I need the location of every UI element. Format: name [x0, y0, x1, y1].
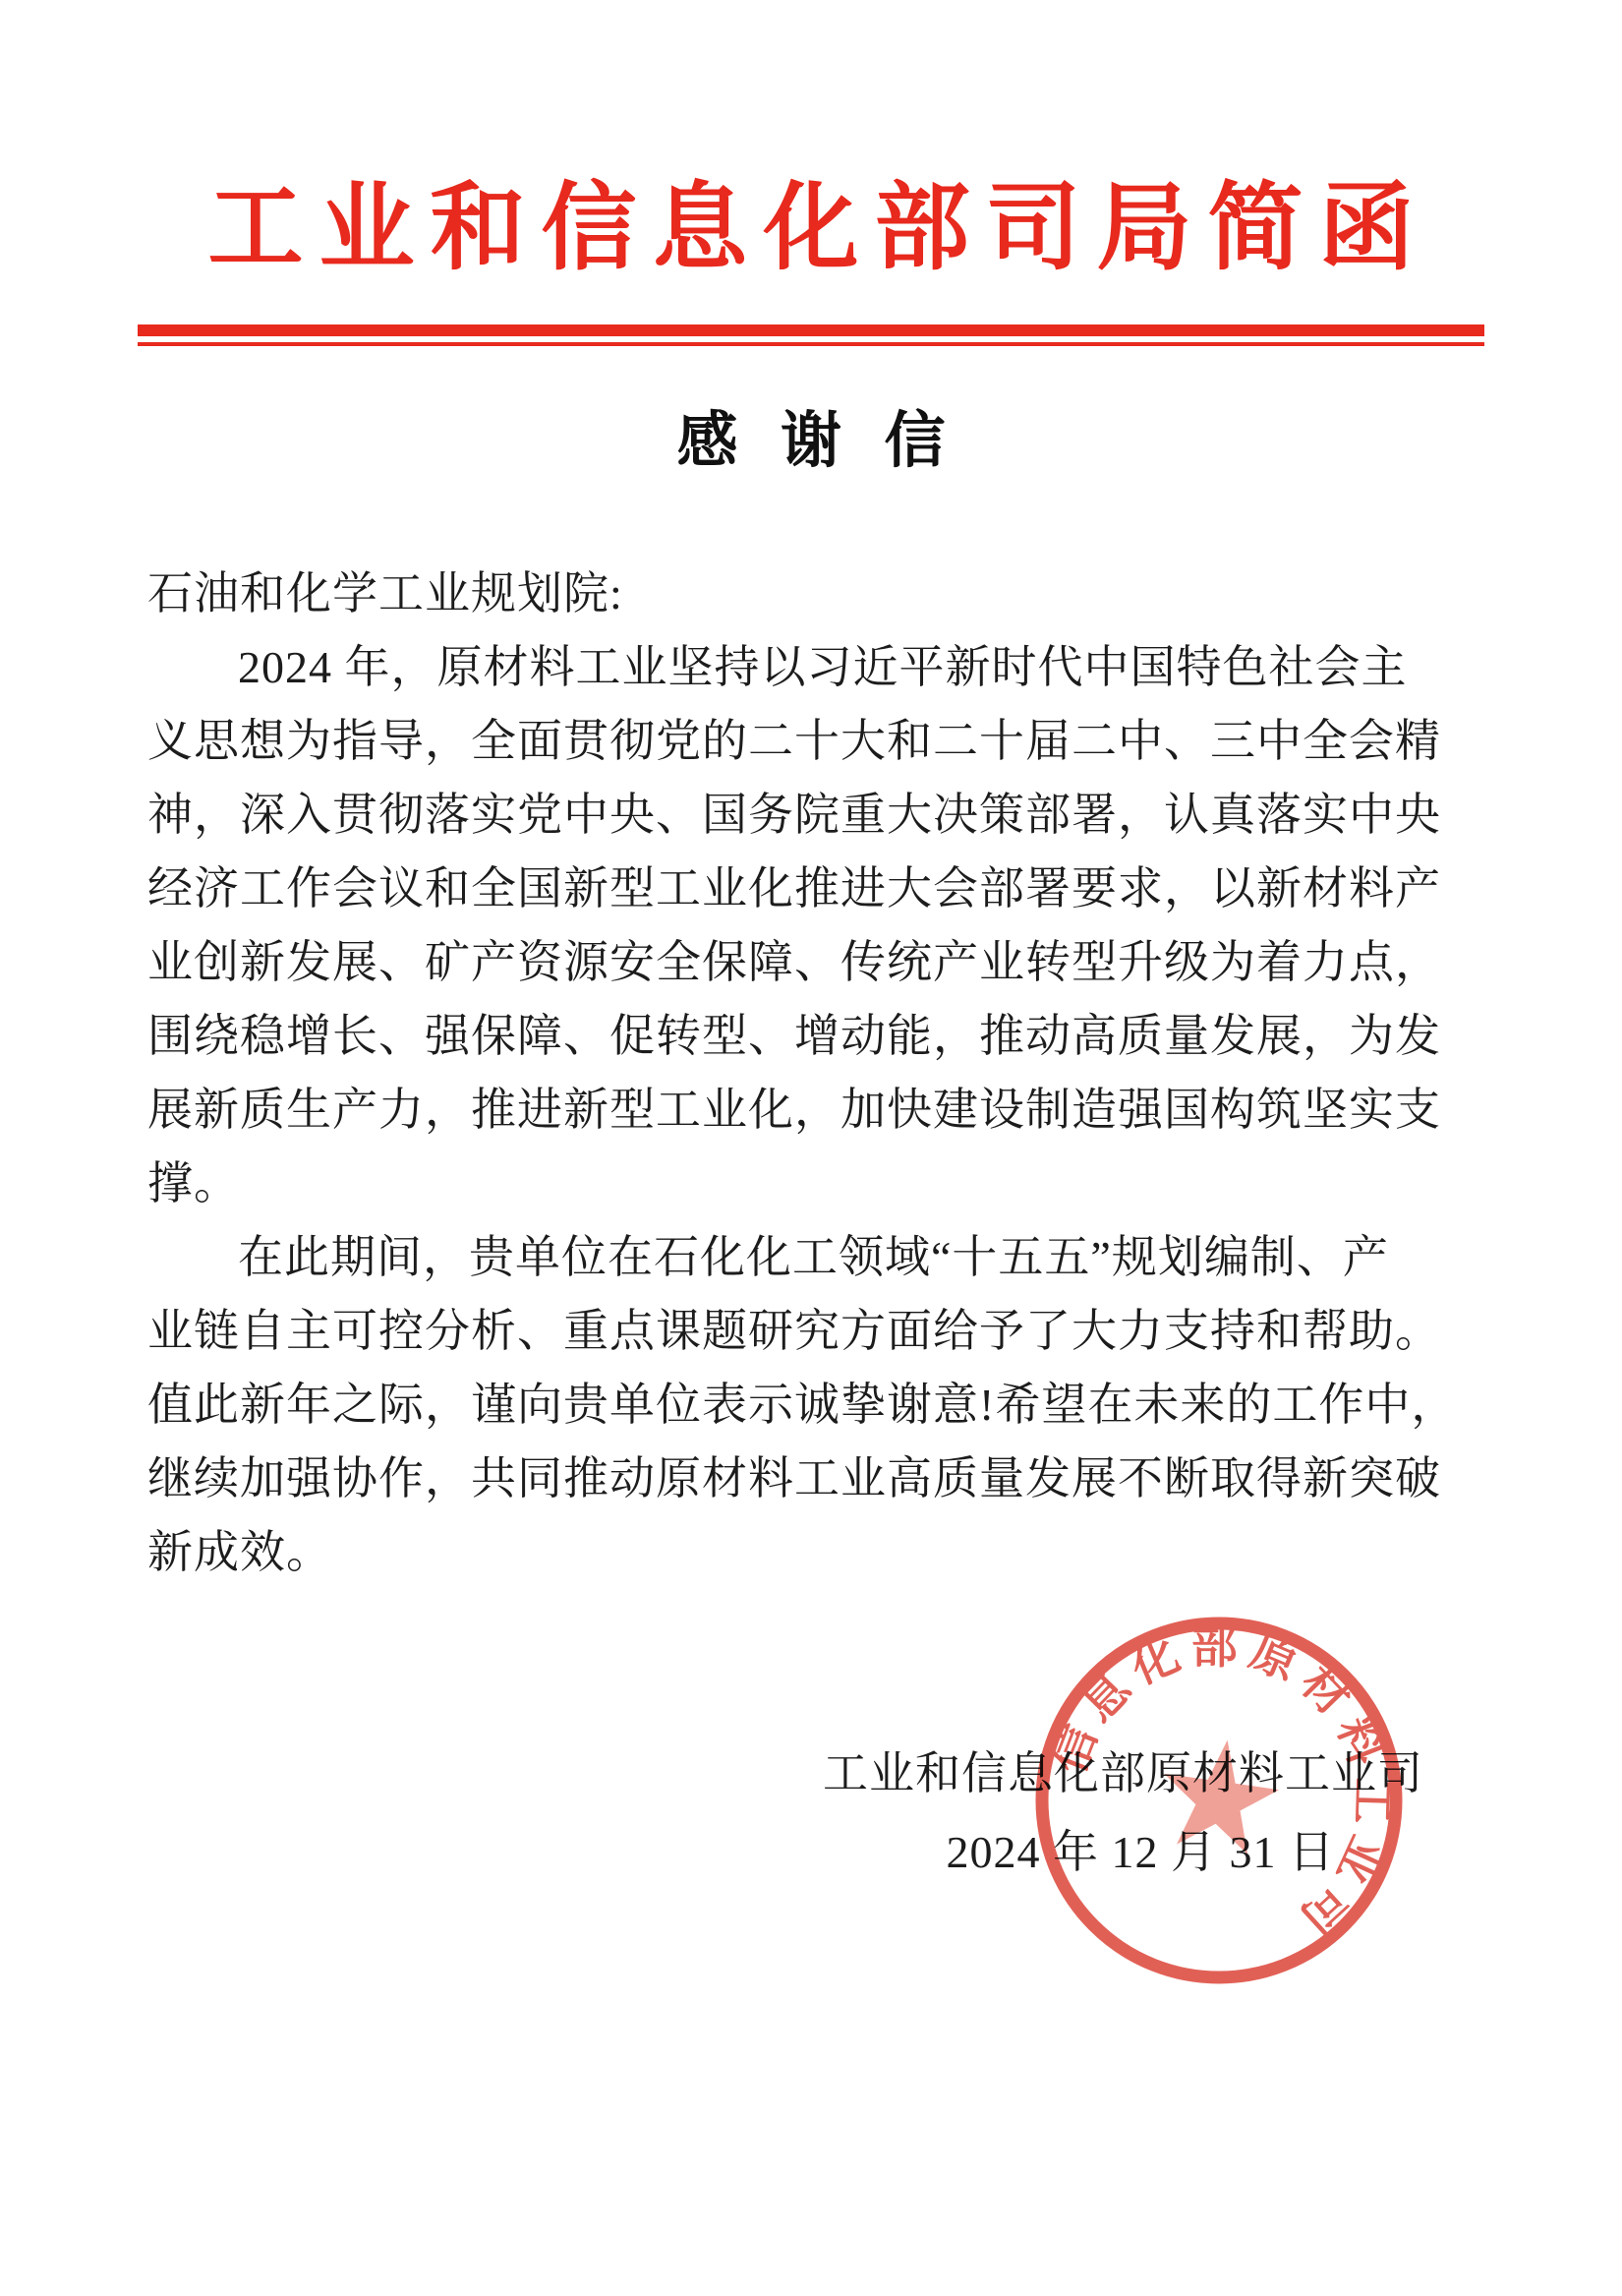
document-page: 工业和信息化部司局简函 感 谢 信 石油和化学工业规划院: 2024 年，原材料…: [0, 0, 1622, 2296]
letter-line: 在此期间，贵单位在石化化工领域“十五五”规划编制、产: [147, 1220, 1475, 1294]
letter-line: 展新质生产力，推进新型工业化，加快建设制造强国构筑坚实支: [147, 1073, 1475, 1147]
signature-name: 工业和信息化部原材料工业司: [147, 1735, 1475, 1813]
separator-thick-rule: [138, 324, 1484, 336]
signature-date: 2024 年 12 月 31 日: [147, 1813, 1475, 1892]
letter-body: 石油和化学工业规划院: 2024 年，原材料工业坚持以习近平新时代中国特色社会主…: [147, 557, 1475, 1892]
separator-thin-rule: [138, 342, 1484, 346]
letter-line: 新成效。: [147, 1515, 1475, 1589]
letter-line: 义思想为指导，全面贯彻党的二十大和二十届二中、三中全会精: [147, 704, 1475, 778]
letter-line: 经济工作会议和全国新型工业化推进大会部署要求，以新材料产: [147, 852, 1475, 925]
letter-line: 围绕稳增长、强保障、促转型、增动能，推动高质量发展，为发: [147, 999, 1475, 1073]
letter-line: 业创新发展、矿产资源安全保障、传统产业转型升级为着力点，: [147, 925, 1475, 999]
letter-line: 值此新年之际，谨向贵单位表示诚挚谢意!希望在未来的工作中，: [147, 1368, 1475, 1442]
letter-title: 感 谢 信: [0, 411, 1622, 472]
letter-line: 业链自主可控分析、重点课题研究方面给予了大力支持和帮助。: [147, 1294, 1475, 1368]
letter-line: 撑。: [147, 1147, 1475, 1220]
letter-line: 2024 年，原材料工业坚持以习近平新时代中国特色社会主: [147, 630, 1475, 704]
letter-line: 继续加强协作，共同推动原材料工业高质量发展不断取得新突破: [147, 1442, 1475, 1515]
letter-line: 神，深入贯彻落实党中央、国务院重大决策部署，认真落实中央: [147, 778, 1475, 852]
salutation: 石油和化学工业规划院:: [147, 557, 1475, 630]
letter-paragraphs: 2024 年，原材料工业坚持以习近平新时代中国特色社会主义思想为指导，全面贯彻党…: [147, 630, 1475, 1589]
signature-block: 工业和信息化部原材料工业司 2024 年 12 月 31 日: [147, 1735, 1475, 1892]
masthead-title: 工业和信息化部司局简函: [0, 179, 1622, 279]
